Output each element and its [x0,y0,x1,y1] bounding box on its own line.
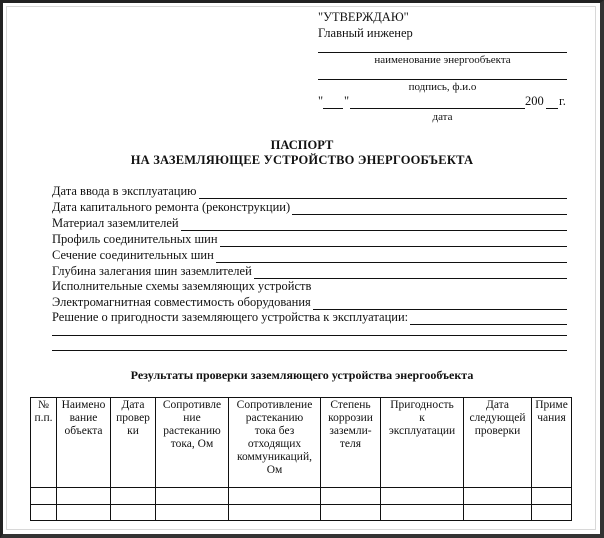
table-cell[interactable] [321,504,381,521]
field-label: Сечение соединительных шин [52,248,214,263]
signature-caption: подпись, ф.и.о [318,81,567,93]
date-quote-close: " [344,94,349,109]
decision-line-2[interactable] [52,335,567,336]
date-quote-open: " [318,94,323,109]
field-label: Электромагнитная совместимость оборудова… [52,295,311,310]
column-header: Пригодностькэксплуатации [381,398,464,488]
field-label: Дата капитального ремонта (реконструкции… [52,200,290,215]
year-line[interactable] [546,108,558,109]
date-month-line[interactable] [350,108,525,109]
field-label: Материал заземлителей [52,216,179,231]
table-cell[interactable] [381,504,464,521]
field-input-line[interactable] [199,198,567,199]
column-header: Наименованиеобъекта [57,398,111,488]
table-cell[interactable] [57,488,111,505]
date-caption: дата [318,111,567,123]
table-cell[interactable] [31,504,57,521]
column-header: Примечания [532,398,572,488]
table-cell[interactable] [229,504,321,521]
column-header: Датаследующейпроверки [464,398,532,488]
table-cell[interactable] [464,504,532,521]
year-suffix: г. [559,94,566,109]
table-cell[interactable] [464,488,532,505]
field-label: Профиль соединительных шин [52,232,218,247]
field-label: Дата ввода в эксплуатацию [52,184,197,199]
approved-label: "УТВЕРЖДАЮ" [318,10,409,25]
field-input-line[interactable] [216,262,567,263]
table-cell[interactable] [229,488,321,505]
table-cell[interactable] [31,488,57,505]
field-input-line[interactable] [292,214,567,215]
table-cell[interactable] [381,488,464,505]
position-label: Главный инженер [318,26,413,41]
table-cell[interactable] [57,504,111,521]
results-header-row: №п.п.НаименованиеобъектаДатапроверкиСопр… [31,398,572,488]
object-name-caption: наименование энергообъекта [318,54,567,66]
date-day-line[interactable] [323,108,343,109]
decision-line-3[interactable] [52,350,567,351]
table-cell[interactable] [321,488,381,505]
signature-line[interactable] [318,79,567,80]
field-label: Исполнительные схемы заземляющих устройс… [52,279,311,294]
passport-title: ПАСПОРТ [0,138,604,153]
field-label: Глубина залегания шин заземлителей [52,264,252,279]
table-cell[interactable] [156,504,229,521]
field-input-line[interactable] [181,230,567,231]
field-label: Решение о пригодности заземляющего устро… [52,310,408,325]
table-cell[interactable] [111,504,156,521]
field-input-line[interactable] [410,324,567,325]
results-table: №п.п.НаименованиеобъектаДатапроверкиСопр… [30,397,572,521]
table-cell[interactable] [156,488,229,505]
column-header: Степенькоррозиизаземли-теля [321,398,381,488]
column-header: Датапроверки [111,398,156,488]
table-row [31,488,572,505]
results-title: Результаты проверки заземляющего устройс… [0,368,604,383]
column-header: Сопротивлениерастеканиютока, Ом [156,398,229,488]
table-cell[interactable] [532,488,572,505]
table-cell[interactable] [532,504,572,521]
passport-subtitle: НА ЗАЗЕМЛЯЮЩЕЕ УСТРОЙСТВО ЭНЕРГООБЪЕКТА [0,153,604,168]
column-header: Сопротивлениерастеканиютока безотходящих… [229,398,321,488]
field-input-line[interactable] [220,246,567,247]
year-prefix: 200 [525,94,544,109]
column-header: №п.п. [31,398,57,488]
table-cell[interactable] [111,488,156,505]
table-row [31,504,572,521]
object-name-line[interactable] [318,52,567,53]
